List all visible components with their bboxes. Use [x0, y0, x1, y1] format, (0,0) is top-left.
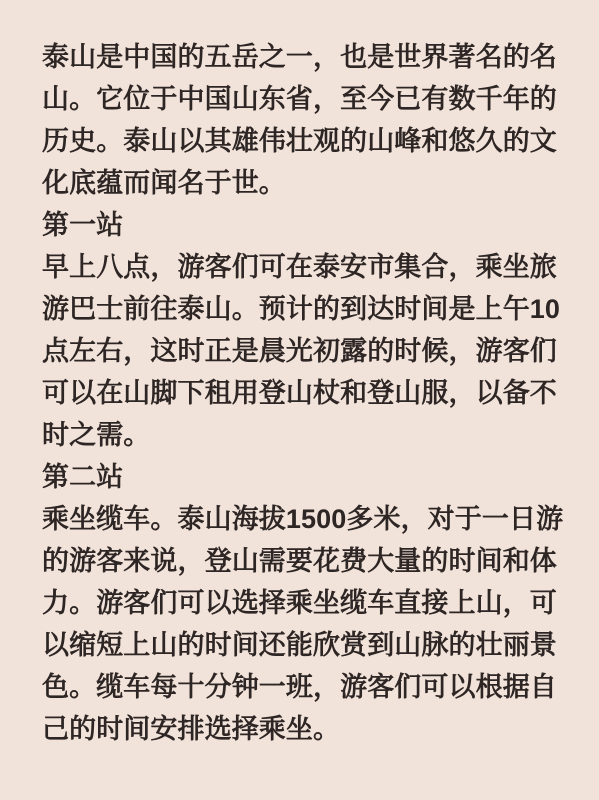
article-body: 泰山是中国的五岳之一，也是世界著名的名山。它位于中国山东省，至今已有数千年的历史…: [0, 0, 599, 750]
paragraph-line: 泰山是中国的五岳之一，也是世界著名的名: [42, 36, 559, 78]
section-heading-line: 第一站: [42, 204, 559, 246]
paragraph-line: 力。游客们可以选择乘坐缆车直接上山，可: [42, 582, 559, 624]
paragraph-line: 的游客来说，登山需要花费大量的时间和体: [42, 540, 559, 582]
note-page: 泰山是中国的五岳之一，也是世界著名的名山。它位于中国山东省，至今已有数千年的历史…: [0, 0, 599, 800]
section-heading-line: 第二站: [42, 456, 559, 498]
paragraph-line: 时之需。: [42, 414, 559, 456]
paragraph-line: 游巴士前往泰山。预计的到达时间是上午10: [42, 288, 559, 330]
paragraph-line: 己的时间安排选择乘坐。: [42, 708, 559, 750]
paragraph-line: 色。缆车每十分钟一班，游客们可以根据自: [42, 666, 559, 708]
paragraph-line: 早上八点，游客们可在泰安市集合，乘坐旅: [42, 246, 559, 288]
paragraph-line: 以缩短上山的时间还能欣赏到山脉的壮丽景: [42, 624, 559, 666]
paragraph-line: 乘坐缆车。泰山海拔1500多米，对于一日游: [42, 498, 559, 540]
paragraph-line: 可以在山脚下租用登山杖和登山服，以备不: [42, 372, 559, 414]
paragraph-line: 化底蕴而闻名于世。: [42, 162, 559, 204]
paragraph-line: 山。它位于中国山东省，至今已有数千年的: [42, 78, 559, 120]
paragraph-line: 点左右，这时正是晨光初露的时候，游客们: [42, 330, 559, 372]
paragraph-line: 历史。泰山以其雄伟壮观的山峰和悠久的文: [42, 120, 559, 162]
